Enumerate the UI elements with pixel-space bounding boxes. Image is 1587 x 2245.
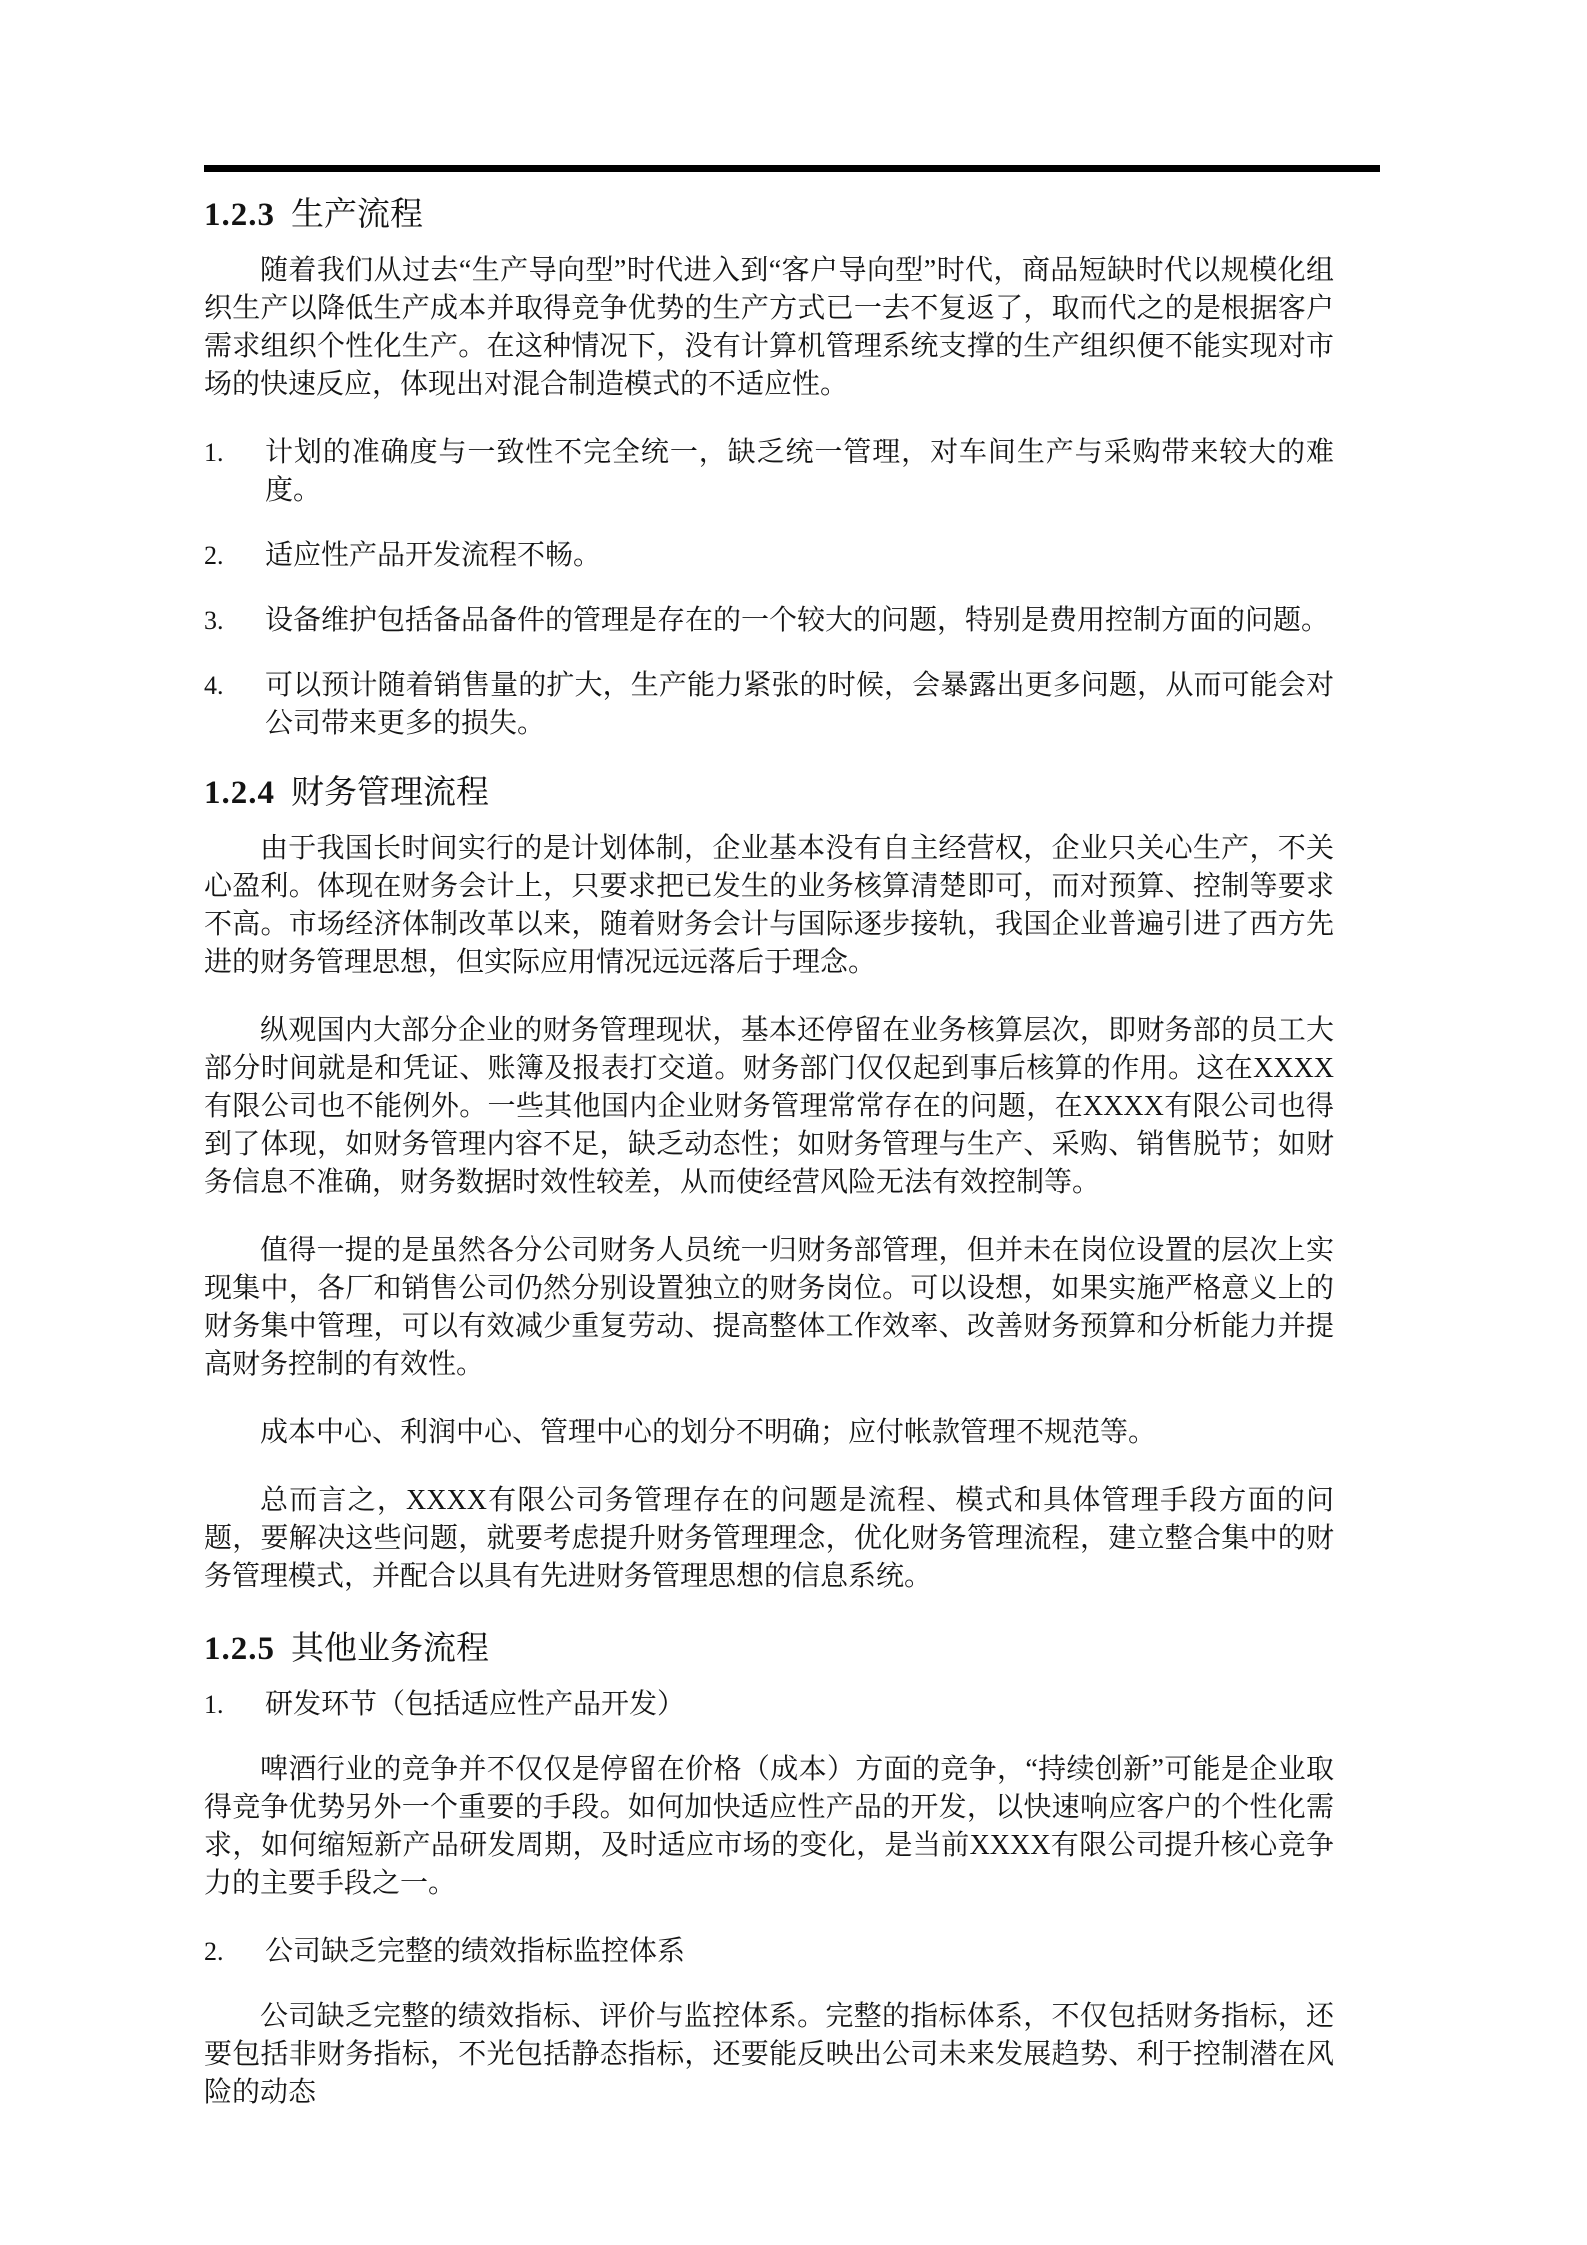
paragraph-other-rd: 啤酒行业的竞争并不仅仅是停留在价格（成本）方面的竞争，“持续创新”可能是企业取得…	[204, 1751, 1334, 1903]
paragraph-production-intro: 随着我们从过去“生产导向型”时代进入到“客户导向型”时代，商品短缺时代以规模化组…	[204, 252, 1334, 404]
heading-number: 1.2.4	[204, 775, 275, 811]
list-item-number: 1.	[204, 1686, 265, 1724]
list-item-number: 2.	[204, 1933, 265, 1971]
list-item: 2. 公司缺乏完整的绩效指标监控体系	[204, 1933, 1334, 1971]
section-heading-1-2-4: 1.2.4财务管理流程	[204, 770, 1380, 816]
section-heading-1-2-5: 1.2.5其他业务流程	[204, 1626, 1380, 1672]
list-item-number: 4.	[204, 667, 265, 743]
heading-number: 1.2.5	[204, 1631, 275, 1667]
list-item-text: 研发环节（包括适应性产品开发）	[265, 1686, 1334, 1724]
production-issues-list: 1. 计划的准确度与一致性不完全统一，缺乏统一管理，对车间生产与采购带来较大的难…	[204, 434, 1380, 743]
heading-number: 1.2.3	[204, 197, 275, 233]
paragraph-finance-3: 值得一提的是虽然各分公司财务人员统一归财务部管理，但并未在岗位设置的层次上实现集…	[204, 1232, 1334, 1384]
heading-title: 其他业务流程	[291, 1631, 489, 1667]
list-item-number: 3.	[204, 602, 265, 640]
list-item: 1. 计划的准确度与一致性不完全统一，缺乏统一管理，对车间生产与采购带来较大的难…	[204, 434, 1334, 510]
list-item-number: 1.	[204, 434, 265, 510]
document-page: 1.2.3生产流程 随着我们从过去“生产导向型”时代进入到“客户导向型”时代，商…	[0, 0, 1587, 2245]
heading-title: 财务管理流程	[291, 775, 489, 811]
list-item-text: 适应性产品开发流程不畅。	[265, 537, 1334, 575]
section-heading-1-2-3: 1.2.3生产流程	[204, 192, 1380, 238]
paragraph-finance-5: 总而言之，XXXX有限公司务管理存在的问题是流程、模式和具体管理手段方面的问题，…	[204, 1482, 1334, 1596]
paragraph-finance-1: 由于我国长时间实行的是计划体制，企业基本没有自主经营权，企业只关心生产，不关心盈…	[204, 830, 1334, 982]
list-item-text: 公司缺乏完整的绩效指标监控体系	[265, 1933, 1334, 1971]
paragraph-finance-4: 成本中心、利润中心、管理中心的划分不明确；应付帐款管理不规范等。	[204, 1414, 1334, 1452]
heading-title: 生产流程	[291, 197, 423, 233]
list-item: 4. 可以预计随着销售量的扩大，生产能力紧张的时候，会暴露出更多问题，从而可能会…	[204, 667, 1334, 743]
list-item-number: 2.	[204, 537, 265, 575]
list-item-text: 计划的准确度与一致性不完全统一，缺乏统一管理，对车间生产与采购带来较大的难度。	[265, 434, 1334, 510]
list-item-text: 设备维护包括备品备件的管理是存在的一个较大的问题，特别是费用控制方面的问题。	[265, 602, 1334, 640]
paragraph-finance-2: 纵观国内大部分企业的财务管理现状，基本还停留在业务核算层次，即财务部的员工大部分…	[204, 1012, 1334, 1202]
document-content: 1.2.3生产流程 随着我们从过去“生产导向型”时代进入到“客户导向型”时代，商…	[204, 0, 1380, 2112]
list-item: 3. 设备维护包括备品备件的管理是存在的一个较大的问题，特别是费用控制方面的问题…	[204, 602, 1334, 640]
list-item: 2. 适应性产品开发流程不畅。	[204, 537, 1334, 575]
list-item: 1. 研发环节（包括适应性产品开发）	[204, 1686, 1334, 1724]
header-rule	[204, 165, 1380, 172]
list-item-text: 可以预计随着销售量的扩大，生产能力紧张的时候，会暴露出更多问题，从而可能会对公司…	[265, 667, 1334, 743]
paragraph-other-kpi: 公司缺乏完整的绩效指标、评价与监控体系。完整的指标体系，不仅包括财务指标，还要包…	[204, 1998, 1334, 2112]
